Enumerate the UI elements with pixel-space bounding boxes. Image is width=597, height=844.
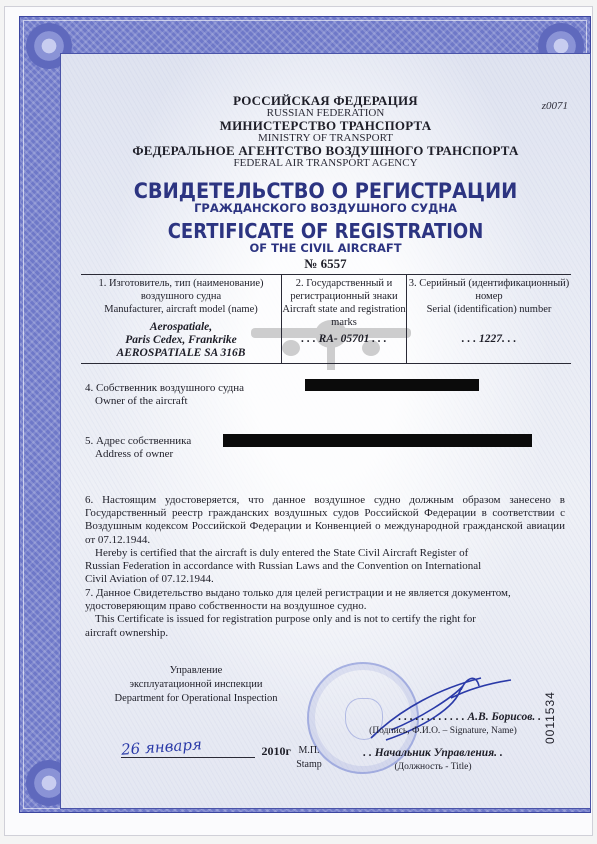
signatory-title: . . Начальник Управления. . [333,747,533,759]
title-en-line2: OF THE CIVIL AIRCRAFT [61,242,590,255]
stamp-label: М.П. Stamp [289,744,329,772]
issuing-department: Управление эксплуатационной инспекции De… [101,664,291,706]
owner-label-ru: 4. Собственник воздушного судна [85,382,244,395]
owner-redaction [305,379,479,391]
certificate-title: СВИДЕТЕЛЬСТВО О РЕГИСТРАЦИИ ГРАЖДАНСКОГО… [61,180,590,272]
handwritten-date: 26 января [120,735,202,759]
clause-7-ru: 7. Данное Свидетельство выдано только дл… [85,587,565,613]
clause-7: 7. Данное Свидетельство выдано только дл… [85,587,565,640]
owner-field: 4. Собственник воздушного судна Owner of… [85,382,244,408]
issuing-authority-header: РОССИЙСКАЯ ФЕДЕРАЦИЯ RUSSIAN FEDERATION … [61,94,590,170]
address-field: 5. Адрес собственника Address of owner [85,435,191,461]
department-ru-line1: Управление [101,664,291,678]
signature-icon [361,668,531,748]
country-ru: РОССИЙСКАЯ ФЕДЕРАЦИЯ [61,94,590,108]
field-label-ru: 3. Серийный (идентификационный) номер [407,277,571,303]
owner-label-en: Owner of the aircraft [85,395,244,408]
agency-en: FEDERAL AIR TRANSPORT AGENCY [61,158,590,170]
stamp-label-ru: М.П. [289,744,329,758]
issue-year: 2010г [262,744,291,759]
signatory-name: . . . . . . . . . . . . А.В. Борисов. . [341,711,541,723]
value-line: Aerospatiale, [81,321,281,334]
certificate-body: z0071 РОССИЙСКАЯ ФЕДЕРАЦИЯ RUSSIAN FEDER… [60,53,591,809]
issue-date: 26 января 2010г [121,736,291,768]
date-underline [121,757,255,758]
registration-marks-cell: 2. Государственный и регистрационный зна… [281,275,406,363]
field-label-en: Manufacturer, aircraft model (name) [81,303,281,316]
blank-serial-number: 0011534 [543,664,559,744]
signatory-title-caption: (Должность - Title) [333,762,533,772]
value-line: Paris Cedex, Frankrike [81,334,281,347]
serial-number-value: . . . 1227. . . [407,333,571,346]
aircraft-details-table: 1. Изготовитель, тип (наименование) возд… [81,274,571,364]
field-label-en: Serial (identification) number [407,303,571,316]
registration-marks-value: . . . RA- 05701 . . . [282,333,406,346]
clause-6: 6. Настоящим удостоверяется, что данное … [85,494,565,586]
value-line: AEROSPATIALE SA 316B [81,347,281,360]
address-label-ru: 5. Адрес собственника [85,435,191,448]
department-ru-line2: эксплуатационной инспекции [101,678,291,692]
address-label-en: Address of owner [85,448,191,461]
serial-number-cell: 3. Серийный (идентификационный) номер Se… [406,275,571,363]
manufacturer-cell: 1. Изготовитель, тип (наименование) возд… [81,275,281,363]
agency-ru: ФЕДЕРАЛЬНОЕ АГЕНТСТВО ВОЗДУШНОГО ТРАНСПО… [61,144,590,158]
department-en: Department for Operational Inspection [101,692,291,706]
ministry-ru: МИНИСТЕРСТВО ТРАНСПОРТА [61,119,590,133]
field-label-ru: 1. Изготовитель, тип (наименование) возд… [81,277,281,303]
address-redaction [223,434,532,447]
field-label-ru: 2. Государственный и регистрационный зна… [282,277,406,303]
manufacturer-value: Aerospatiale, Paris Cedex, Frankrike AER… [81,321,281,360]
title-ru-line1: СВИДЕТЕЛЬСТВО О РЕГИСТРАЦИИ [82,180,569,202]
title-en-line1: CERTIFICATE OF REGISTRATION [87,220,563,242]
clause-6-en: Hereby is certified that the aircraft is… [85,547,485,587]
clause-7-en: This Certificate is issued for registrat… [85,613,495,639]
signatory-name-caption: (Подпись, Ф.И.О. – Signature, Name) [343,726,543,736]
ornamental-border: z0071 РОССИЙСКАЯ ФЕДЕРАЦИЯ RUSSIAN FEDER… [19,16,591,813]
stamp-label-en: Stamp [289,758,329,772]
field-label-en: Aircraft state and registration marks [282,303,406,329]
clause-6-ru: 6. Настоящим удостоверяется, что данное … [85,494,565,547]
certificate-number: № 6557 [61,256,590,272]
title-ru-line2: ГРАЖДАНСКОГО ВОЗДУШНОГО СУДНА [61,202,590,215]
